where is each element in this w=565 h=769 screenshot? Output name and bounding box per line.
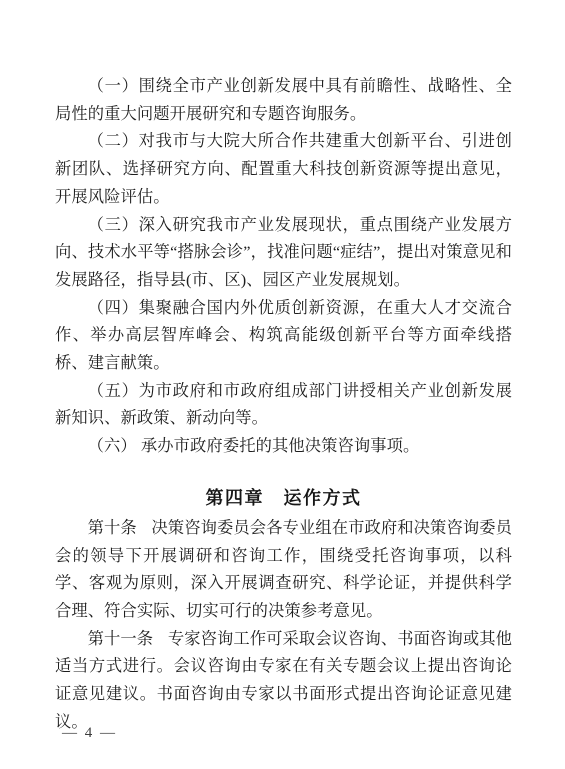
clause-3: （三）深入研究我市产业发展现状，重点围绕产业发展方向、技术水平等“搭脉会诊”，找…	[55, 211, 512, 294]
article-11-number: 第十一条	[88, 629, 168, 648]
document-page: （一）围绕全市产业创新发展中具有前瞻性、战略性、全局性的重大问题开展研究和专题咨…	[0, 0, 565, 769]
clause-4: （四）集聚融合国内外优质创新资源，在重大人才交流合作、举办高层智库峰会、构筑高能…	[55, 294, 512, 377]
clause-2: （二）对我市与大院大所合作共建重大创新平台、引进创新团队、选择研究方向、配置重大…	[55, 127, 512, 210]
clause-1: （一）围绕全市产业创新发展中具有前瞻性、战略性、全局性的重大问题开展研究和专题咨…	[55, 72, 512, 127]
article-10: 第十条决策咨询委员会各专业组在市政府和决策咨询委员会的领导下开展调研和咨询工作，…	[55, 514, 512, 625]
page-number: — 4 —	[62, 722, 117, 744]
chapter-heading: 第四章 运作方式	[55, 484, 512, 512]
clause-6: （六） 承办市政府委托的其他决策咨询事项。	[55, 432, 512, 460]
article-10-number: 第十条	[88, 518, 152, 537]
clause-5: （五）为市政府和市政府组成部门讲授相关产业创新发展新知识、新政策、新动向等。	[55, 377, 512, 432]
article-11: 第十一条专家咨询工作可采取会议咨询、书面咨询或其他适当方式进行。会议咨询由专家在…	[55, 625, 512, 736]
